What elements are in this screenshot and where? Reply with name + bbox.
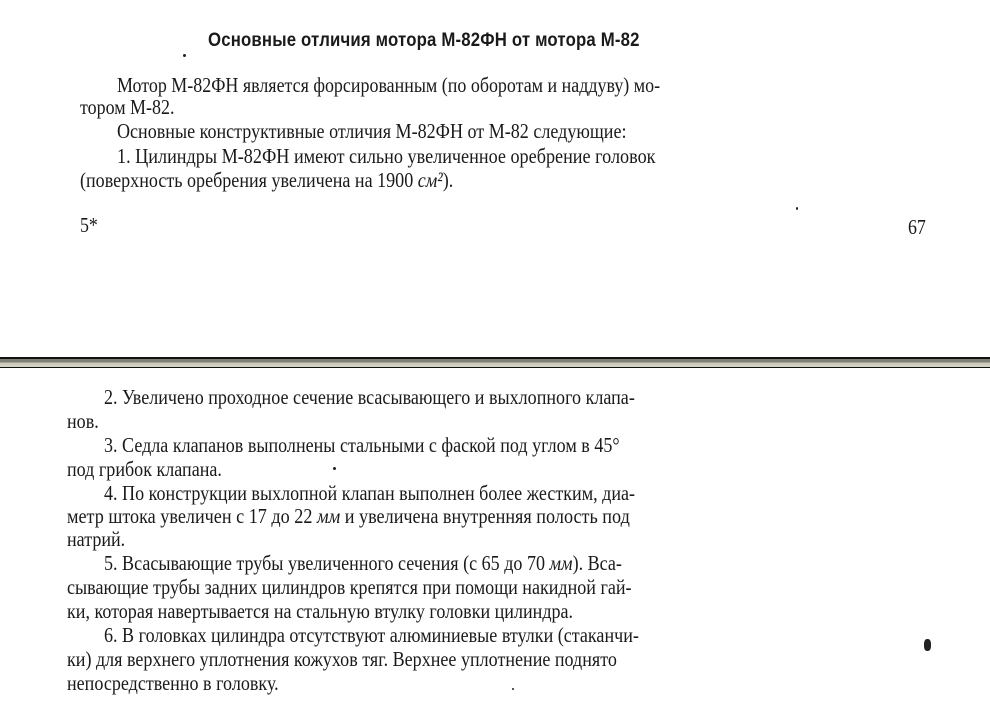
text: и увеличена внутренняя полость под bbox=[340, 504, 630, 528]
text: (поверхность оребрения увеличена на 1900 bbox=[80, 168, 418, 192]
list-item-3: 3. Седла клапанов выполнены стальными с … bbox=[104, 434, 620, 457]
list-item-1: 1. Цилиндры М-82ФН имеют сильно увеличен… bbox=[117, 145, 655, 168]
scan-speck bbox=[333, 467, 336, 470]
text: метр штока увеличен с 17 до 22 bbox=[67, 504, 317, 528]
list-item-5: 5. Всасывающие трубы увеличенного сечени… bbox=[104, 552, 622, 575]
page-67: Основные отличия мотора М-82ФН от мотора… bbox=[0, 0, 990, 352]
list-item-6-cont: непосредственно в головку. bbox=[67, 672, 279, 695]
list-item-4-cont: метр штока увеличен с 17 до 22 мм и увел… bbox=[67, 505, 630, 528]
scan-speck bbox=[512, 688, 514, 690]
unit-mm: мм bbox=[550, 551, 573, 575]
unit-mm: мм bbox=[317, 504, 340, 528]
page-68: 2. Увеличено проходное сечение всасывающ… bbox=[0, 368, 990, 703]
list-item-5-cont: сывающие трубы задних цилиндров крепятся… bbox=[67, 576, 632, 599]
list-item-5-cont: ки, которая навертывается на стальную вт… bbox=[67, 600, 573, 623]
page-number: 67 bbox=[908, 215, 926, 240]
scan-blot bbox=[924, 639, 931, 651]
list-item-4-cont: натрий. bbox=[67, 528, 125, 551]
signature-mark: 5* bbox=[80, 213, 98, 238]
list-item-4: 4. По конструкции выхлопной клапан выпол… bbox=[104, 482, 635, 505]
list-item-1-cont: (поверхность оребрения увеличена на 1900… bbox=[80, 169, 453, 192]
scan-speck bbox=[796, 207, 798, 210]
list-item-2-cont: нов. bbox=[67, 410, 99, 433]
scan-speck bbox=[183, 54, 186, 57]
paragraph-line: тором М-82. bbox=[80, 96, 174, 119]
paragraph-line: Основные конструктивные отличия М-82ФН о… bbox=[117, 120, 626, 143]
list-item-6: 6. В головках цилиндра отсутствуют алюми… bbox=[104, 624, 639, 647]
list-item-2: 2. Увеличено проходное сечение всасывающ… bbox=[104, 386, 635, 409]
paragraph-line: Мотор М-82ФН является форсированным (по … bbox=[117, 74, 660, 97]
list-item-6-cont: ки) для верхнего уплотнения кожухов тяг.… bbox=[67, 648, 617, 671]
text: ). bbox=[443, 168, 454, 192]
list-item-3-cont: под грибок клапана. bbox=[67, 458, 222, 481]
text: 5. Всасывающие трубы увеличенного сечени… bbox=[104, 551, 550, 575]
text: ). Вса- bbox=[573, 551, 622, 575]
section-title: Основные отличия мотора М-82ФН от мотора… bbox=[208, 29, 640, 52]
unit-cm2: см² bbox=[418, 168, 443, 192]
